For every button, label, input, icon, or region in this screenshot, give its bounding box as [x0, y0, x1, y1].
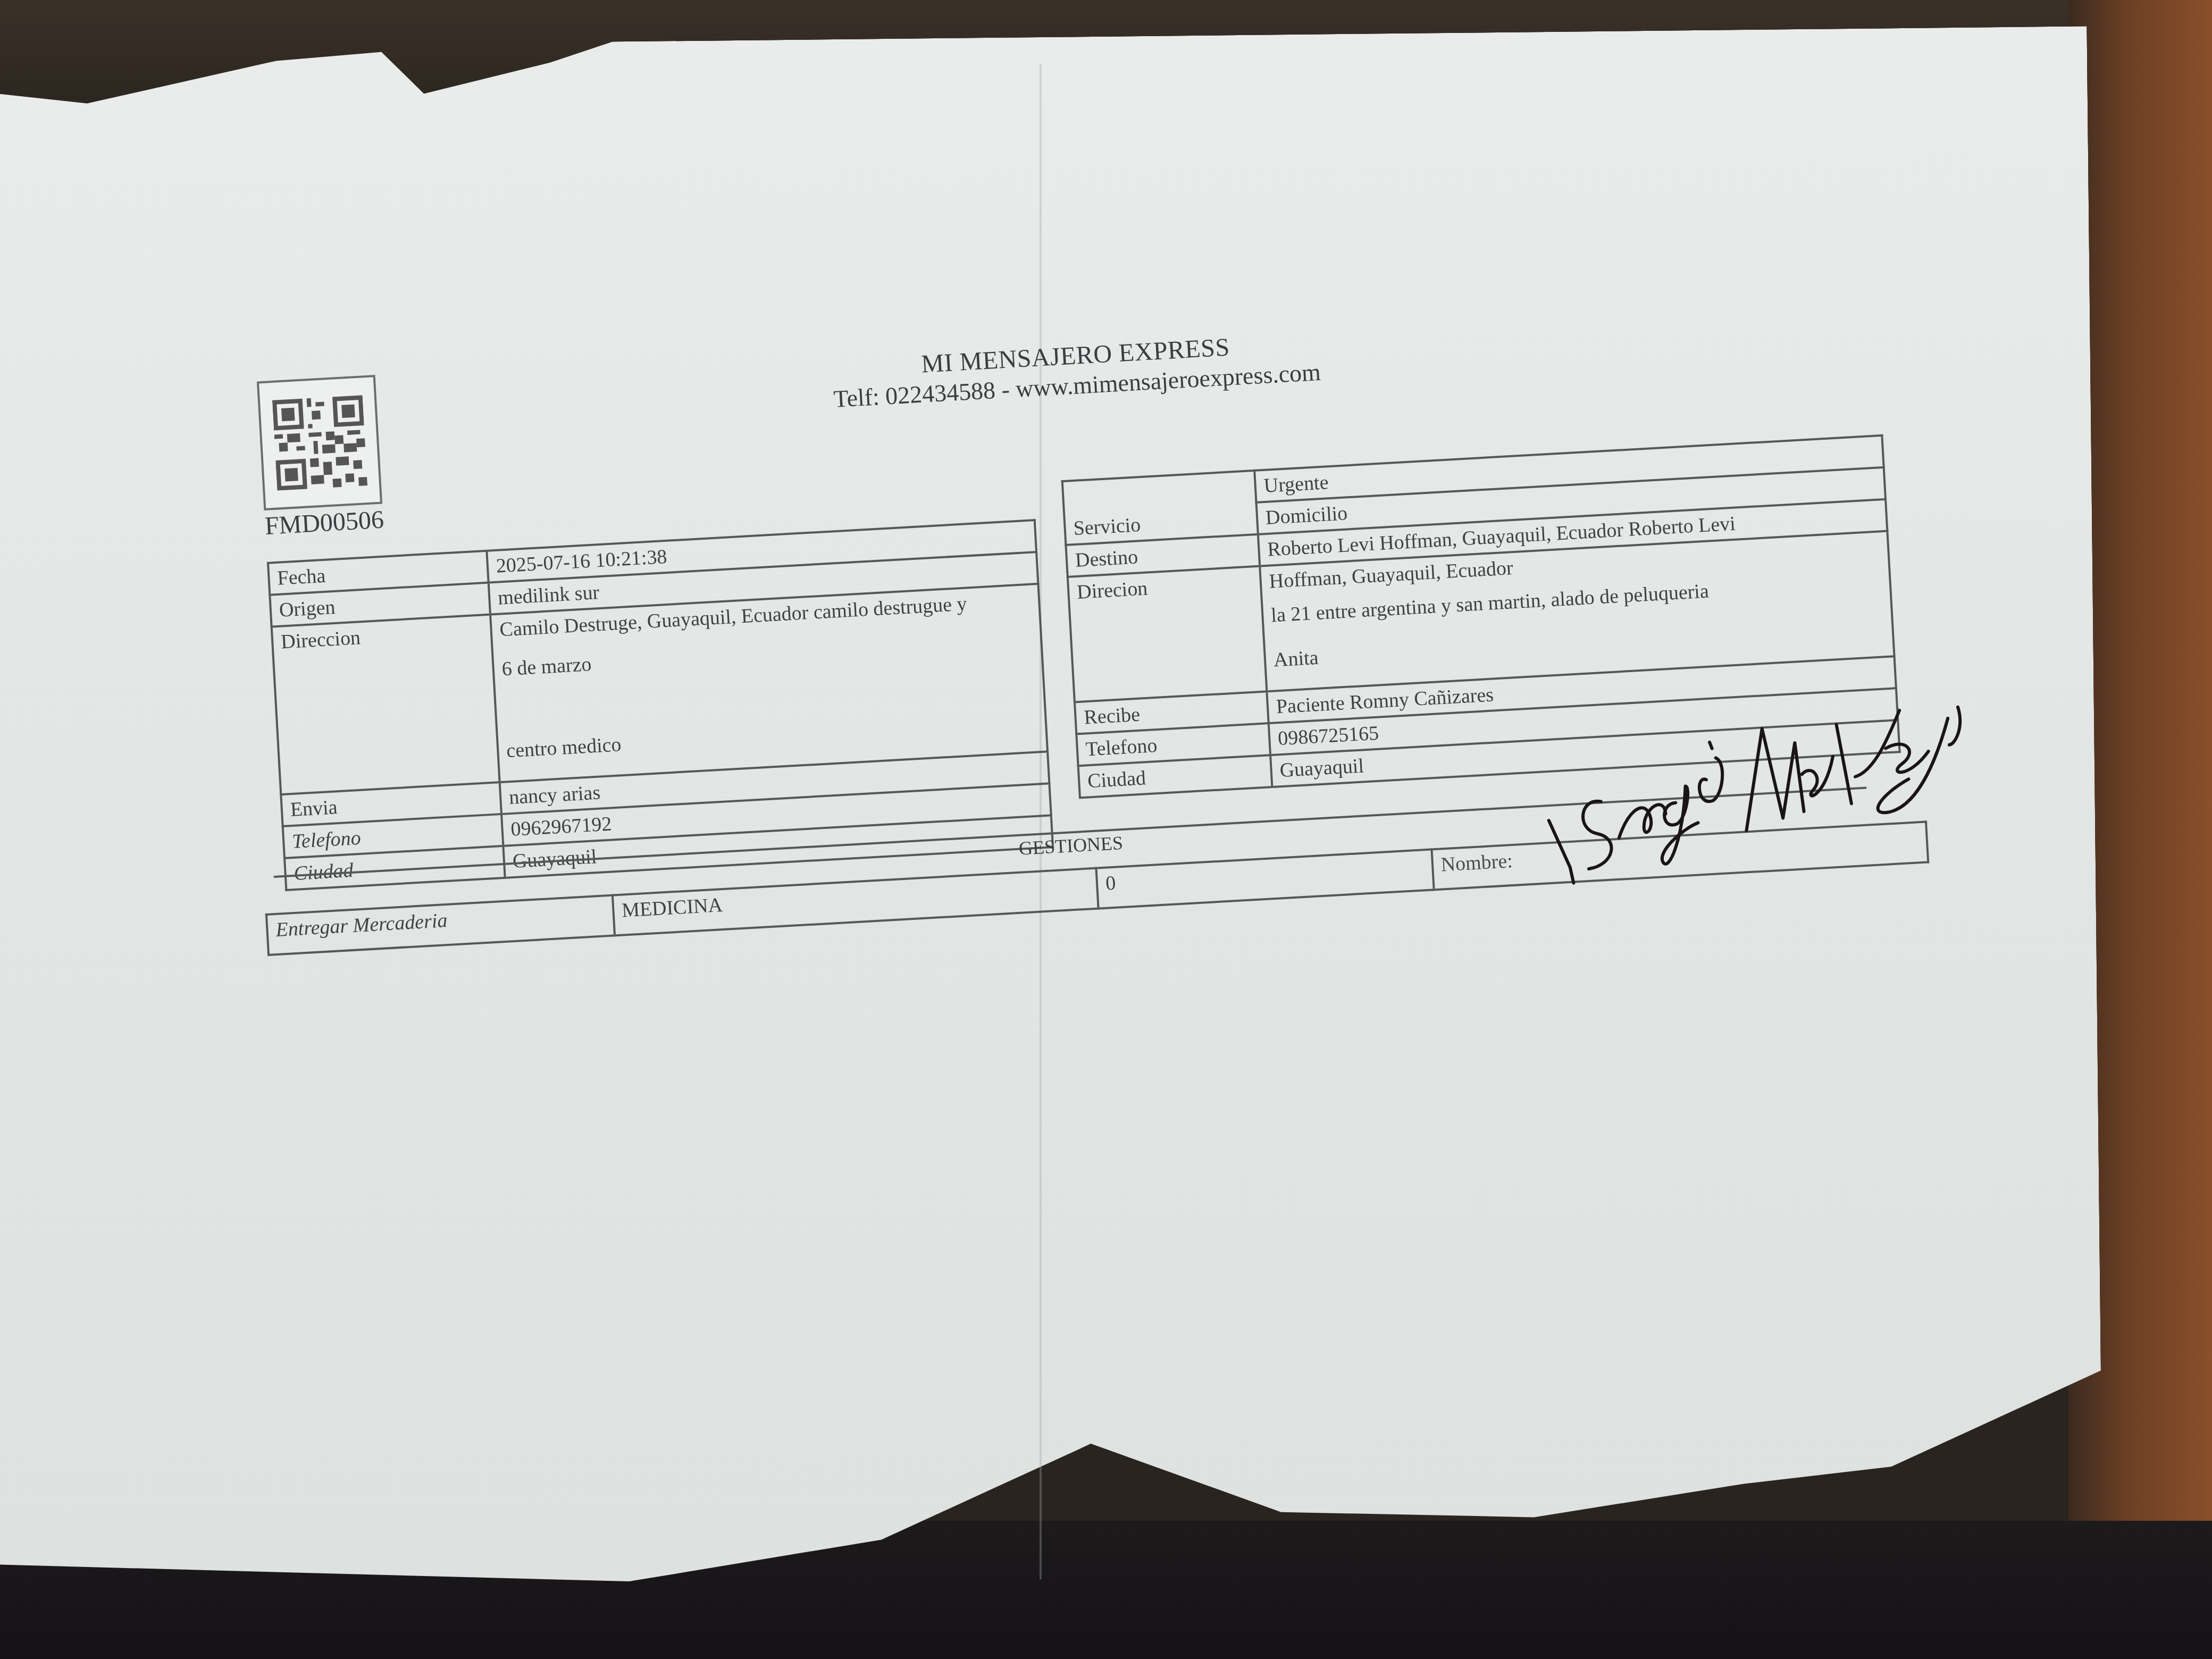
qr-code-graphic: [272, 392, 367, 493]
field-label: Servicio: [1062, 471, 1258, 545]
address-line-3: centro medico: [506, 709, 1038, 763]
delivery-receipt: MI MENSAJERO EXPRESS Telf: 022434588 - w…: [213, 274, 1933, 1021]
recipient-table: Servicio Urgente Domicilio Destino Rober…: [1061, 434, 1901, 799]
field-label: Direcion: [1068, 566, 1267, 702]
qr-code-icon: [257, 375, 382, 510]
name-label: Nombre:: [1440, 850, 1513, 876]
field-label: Direccion: [272, 615, 500, 795]
field-value-multiline: Camilo Destruge, Guayaquil, Ecuador cami…: [490, 584, 1048, 782]
document-id: FMD00506: [264, 505, 385, 541]
receipt-header: MI MENSAJERO EXPRESS Telf: 022434588 - w…: [703, 320, 1449, 420]
sender-table: Fecha 2025-07-16 10:21:38 Origen medilin…: [267, 519, 1054, 891]
